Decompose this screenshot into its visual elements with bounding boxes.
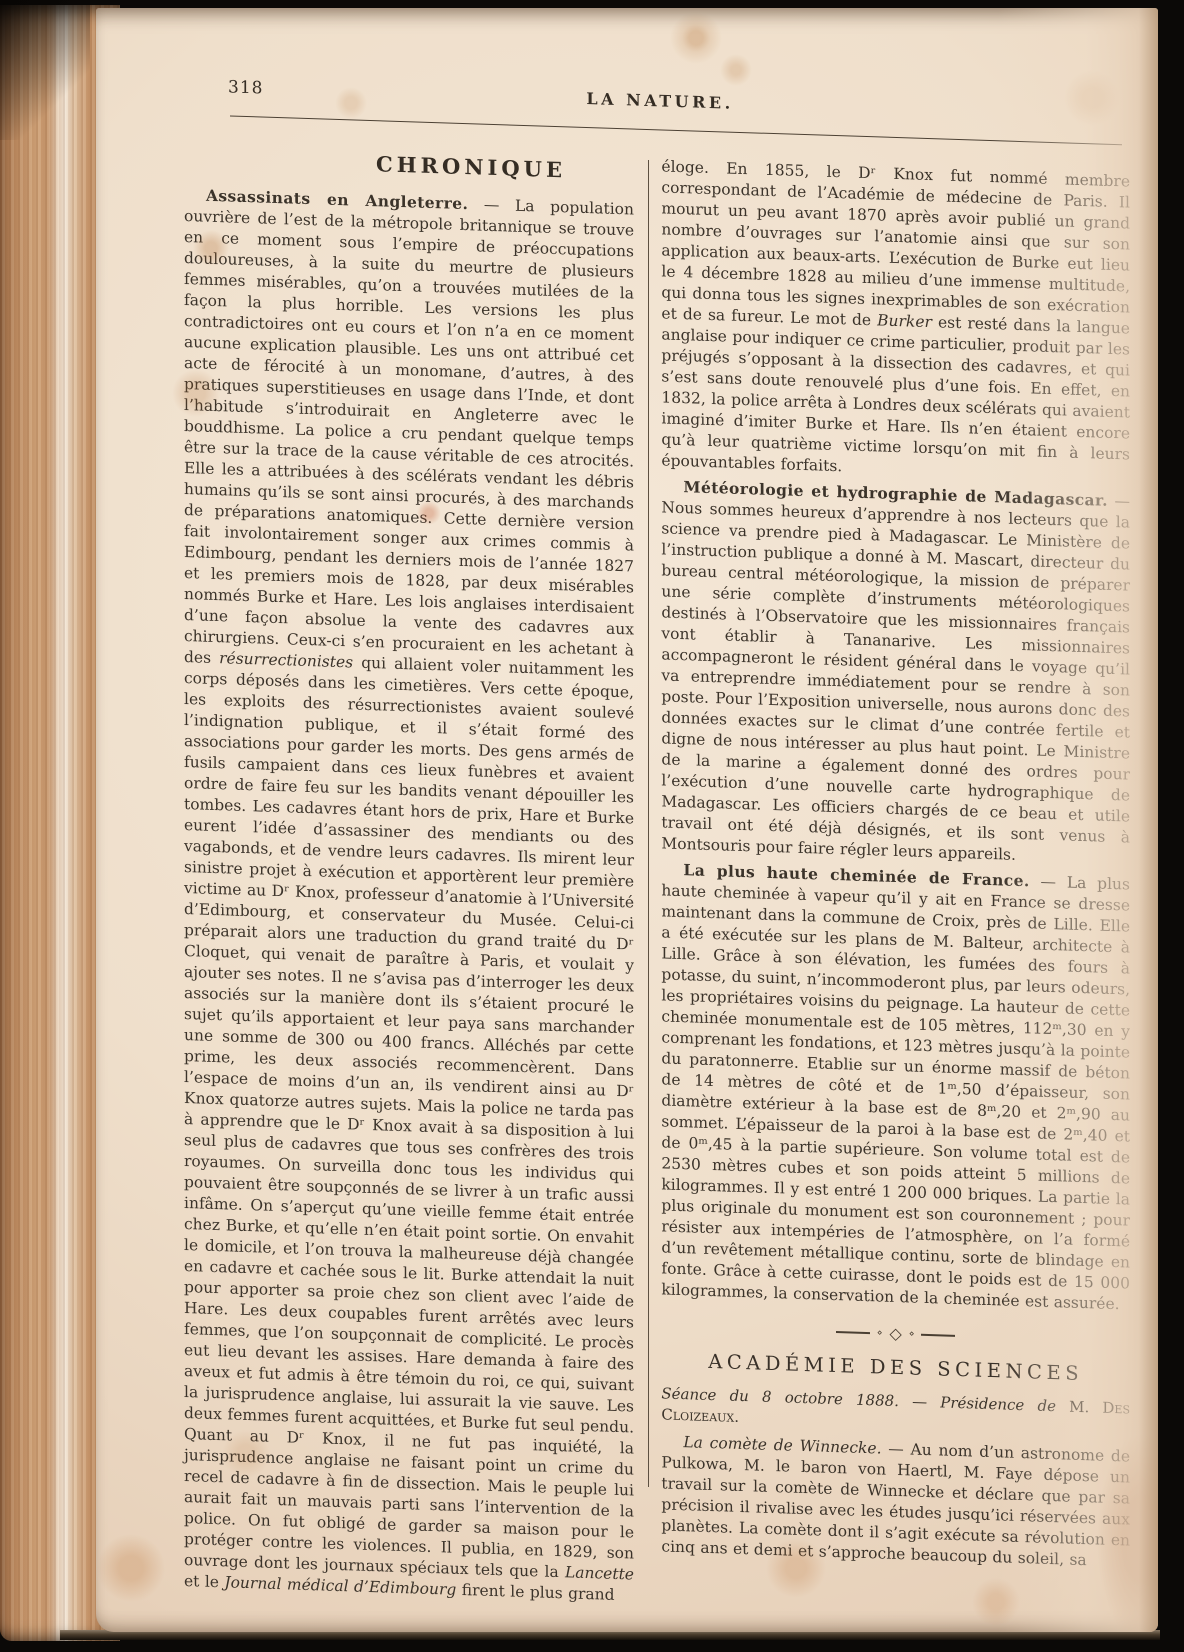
ornament-small-diamond-right: ⋄	[909, 1330, 915, 1339]
page-content: 318 LA NATURE. CHRONIQUE Assassinats en …	[184, 74, 1136, 1623]
journal-page: 318 LA NATURE. CHRONIQUE Assassinats en …	[96, 8, 1158, 1632]
left-column: CHRONIQUE Assassinats en Angleterre. — L…	[184, 141, 634, 1607]
ornament-large-diamond: ◇	[890, 1326, 902, 1342]
ornament-small-diamond-left: ⋄	[877, 1329, 883, 1338]
article-meteorologie-madagascar: Météorologie et hydrographie de Madagasc…	[661, 475, 1130, 869]
ornament-line-right	[921, 1334, 955, 1337]
article-comete-winnecke: La comète de Winnecke. — Au nom d’un ast…	[661, 1431, 1130, 1572]
academie-des-sciences-title: ACADÉMIE DES SCIENCES	[661, 1348, 1130, 1386]
seance-presidence-line: Séance du 8 octobre 1888. — Présidence d…	[661, 1383, 1130, 1440]
running-header: 318 LA NATURE.	[184, 74, 1136, 131]
section-divider-ornament: ⋄ ◇ ⋄	[661, 1318, 1130, 1349]
article-plus-haute-cheminee: La plus haute cheminée de France. — La p…	[661, 858, 1130, 1315]
right-column: éloge. En 1855, le Dʳ Knox fut nommé mem…	[661, 156, 1136, 1622]
chronique-section-title: CHRONIQUE	[246, 147, 696, 187]
article-assassinats-continuation: éloge. En 1855, le Dʳ Knox fut nommé mem…	[661, 156, 1130, 486]
article-assassinats-en-angleterre: Assassinats en Angleterre. — La populati…	[184, 184, 634, 1607]
ornament-line-left	[836, 1331, 870, 1334]
scanned-book-spread: 318 LA NATURE. CHRONIQUE Assassinats en …	[0, 0, 1184, 1652]
two-column-layout: CHRONIQUE Assassinats en Angleterre. — L…	[184, 141, 1136, 1623]
column-divider-rule	[648, 160, 649, 1487]
